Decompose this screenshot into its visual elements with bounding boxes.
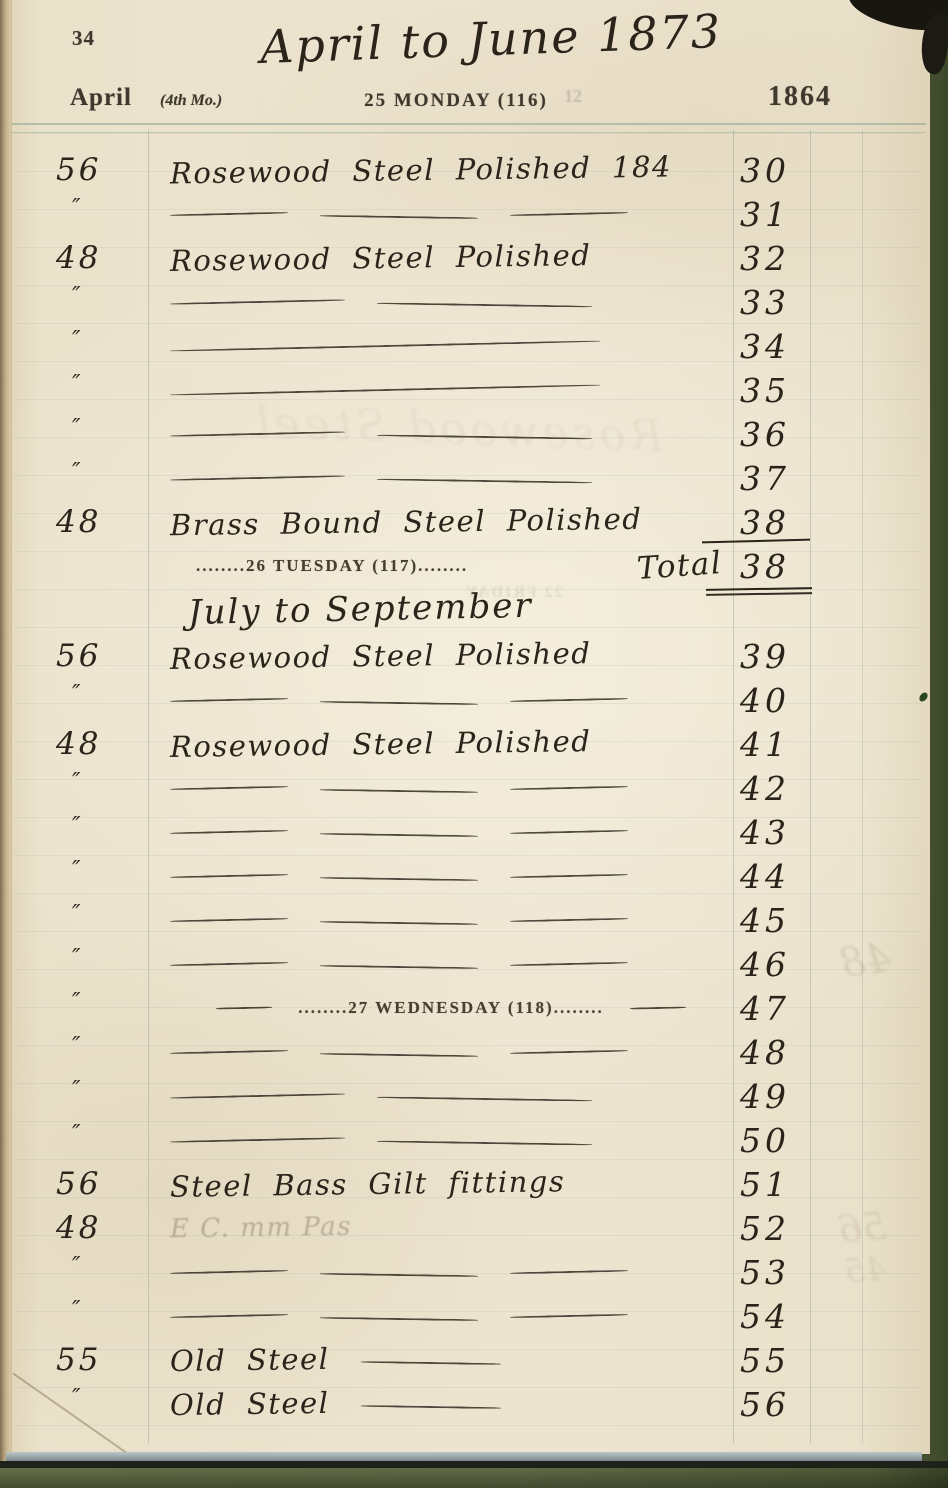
dash-line xyxy=(510,962,628,967)
quantity-cell: ″ xyxy=(30,459,148,485)
item-number-cell: 37 xyxy=(732,459,810,498)
diary-page-scan: 34 April to June 1873 April (4th Mo.) 25… xyxy=(0,0,948,1488)
quantity-cell: ″ xyxy=(30,327,148,353)
dash-line xyxy=(170,1093,345,1099)
item-number-cell: 49 xyxy=(732,1077,810,1116)
dash-line xyxy=(510,830,628,835)
dash-line xyxy=(170,431,345,437)
dash-line xyxy=(170,384,600,396)
description-cell: ........27 WEDNESDAY (118)........ xyxy=(148,998,732,1018)
dash-line xyxy=(510,1050,628,1055)
entry-description: Old Steel xyxy=(170,1386,330,1422)
dash-line xyxy=(170,299,345,305)
dash-line xyxy=(361,1361,501,1365)
quantity-cell: ″ xyxy=(30,1253,148,1279)
entry-description: Rosewood Steel Polished 184 xyxy=(170,149,672,190)
description-cell xyxy=(148,1139,732,1141)
quantity-cell: 56 xyxy=(30,1166,148,1202)
entry-description: Rosewood Steel Polished xyxy=(170,724,592,764)
quantity-cell: ″ xyxy=(30,1121,148,1147)
dash-line xyxy=(170,1137,345,1143)
dash-line xyxy=(510,1270,628,1275)
item-number-cell: 39 xyxy=(732,637,810,676)
ledger-row: ″43 xyxy=(30,810,810,854)
dash-line xyxy=(170,475,345,481)
description-cell: Steel Bass Gilt fittings xyxy=(148,1167,732,1201)
quantity-cell: 48 xyxy=(30,240,148,276)
ledger-row: ″44 xyxy=(30,854,810,898)
ledger-row: 55Old Steel55 xyxy=(30,1338,810,1382)
header-double-rule xyxy=(12,123,926,133)
description-cell: ........26 TUESDAY (117)........Total xyxy=(148,548,732,584)
item-number-cell: 54 xyxy=(732,1297,810,1336)
ledger-row: ″48 xyxy=(30,1030,810,1074)
description-cell: Rosewood Steel Polished xyxy=(148,727,732,761)
item-number-cell: 38 xyxy=(732,547,810,586)
item-number-cell: 47 xyxy=(732,989,810,1028)
ledger-row: ″40 xyxy=(30,678,810,722)
description-cell xyxy=(148,875,732,877)
description-cell: Rosewood Steel Polished xyxy=(148,639,732,673)
quantity-cell: ″ xyxy=(30,1033,148,1059)
quantity-cell: ″ xyxy=(30,945,148,971)
dash-line xyxy=(510,874,628,879)
quantity-cell: 48 xyxy=(30,726,148,762)
dash-line xyxy=(377,302,592,307)
description-cell xyxy=(148,699,732,701)
printed-year: 1864 xyxy=(768,81,832,113)
dash-line xyxy=(320,965,478,969)
dash-line xyxy=(510,212,628,217)
dash-line xyxy=(170,212,288,217)
ledger-rows: 56Rosewood Steel Polished 18430″3148Rose… xyxy=(30,148,810,1426)
item-number-cell: 38 xyxy=(732,503,810,542)
description-cell: Rosewood Steel Polished xyxy=(148,241,732,275)
dash-line xyxy=(320,833,478,837)
entry-description: Brass Bound Steel Polished xyxy=(170,502,643,543)
item-number-cell: 30 xyxy=(732,151,810,190)
item-number-cell: 32 xyxy=(732,239,810,278)
description-cell xyxy=(148,433,732,435)
item-number-cell: 44 xyxy=(732,857,810,896)
dash-line xyxy=(170,1270,288,1275)
description-cell: E C. mm Pas xyxy=(148,1213,732,1243)
item-number-cell: 53 xyxy=(732,1253,810,1292)
dash-line xyxy=(630,1006,686,1009)
number-column-rule-right xyxy=(810,130,811,1444)
item-number-cell: 48 xyxy=(732,1033,810,1072)
dash-line xyxy=(320,701,478,705)
item-number-cell: 34 xyxy=(732,327,810,366)
description-cell: Old Steel xyxy=(148,1387,732,1421)
quantity-cell: 48 xyxy=(30,1210,148,1246)
printed-day-heading: 25 MONDAY (116) xyxy=(12,90,900,112)
ledger-row: ″37 xyxy=(30,456,810,500)
description-cell xyxy=(148,787,732,789)
item-number-cell: 43 xyxy=(732,813,810,852)
dash-line xyxy=(510,786,628,791)
dash-line xyxy=(510,918,628,923)
ledger-row: ″53 xyxy=(30,1250,810,1294)
ledger-row: 48Brass Bound Steel Polished38 xyxy=(30,500,810,544)
entry-description: Steel Bass Gilt fittings xyxy=(170,1164,566,1204)
description-cell xyxy=(148,963,732,965)
dash-line xyxy=(170,830,288,835)
ledger-row: July to September xyxy=(30,588,810,634)
ledger-row: ″46 xyxy=(30,942,810,986)
item-number-cell: 50 xyxy=(732,1121,810,1160)
item-number-cell: 51 xyxy=(732,1165,810,1204)
ledger-row: ″........27 WEDNESDAY (118)........47 xyxy=(30,986,810,1030)
entry-description: Rosewood Steel Polished xyxy=(170,238,592,278)
page-bottom-shadow xyxy=(6,1452,922,1461)
dash-line xyxy=(170,340,600,352)
item-number-cell: 55 xyxy=(732,1341,810,1380)
quantity-cell: ″ xyxy=(30,989,148,1015)
dash-line xyxy=(377,1096,592,1101)
ledger-row: ″34 xyxy=(30,324,810,368)
dash-line xyxy=(170,1050,288,1055)
handwritten-title: April to June 1873 xyxy=(259,4,723,74)
description-cell: Brass Bound Steel Polished xyxy=(148,505,732,539)
dash-line xyxy=(320,877,478,881)
description-cell xyxy=(148,1271,732,1273)
ledger-row: ″31 xyxy=(30,192,810,236)
item-number-cell: 36 xyxy=(732,415,810,454)
ledger-page: 34 April to June 1873 April (4th Mo.) 25… xyxy=(12,0,930,1454)
item-number-cell: 41 xyxy=(732,725,810,764)
ledger-row: ″36 xyxy=(30,412,810,456)
description-cell xyxy=(148,1051,732,1053)
section-heading: July to September xyxy=(30,586,533,637)
ledger-row: 56Rosewood Steel Polished 18430 xyxy=(30,148,810,192)
ledger-row: ″33 xyxy=(30,280,810,324)
dash-line xyxy=(377,434,592,439)
ledger-row: 56Rosewood Steel Polished39 xyxy=(30,634,810,678)
description-cell xyxy=(148,389,732,391)
quantity-cell: ″ xyxy=(30,769,148,795)
quantity-cell: ″ xyxy=(30,857,148,883)
item-number-cell: 33 xyxy=(732,283,810,322)
ledger-row: ″49 xyxy=(30,1074,810,1118)
quantity-cell: 56 xyxy=(30,638,148,674)
description-cell xyxy=(148,1315,732,1317)
quantity-cell: ″ xyxy=(30,195,148,221)
margin-column-rule xyxy=(862,130,863,1444)
item-number-cell: 42 xyxy=(732,769,810,808)
item-number-cell: 56 xyxy=(732,1385,810,1424)
description-cell xyxy=(148,213,732,215)
quantity-cell: ″ xyxy=(30,681,148,707)
quantity-cell: ″ xyxy=(30,283,148,309)
dash-line xyxy=(320,789,478,793)
ledger-row: 48Rosewood Steel Polished41 xyxy=(30,722,810,766)
quantity-cell: ″ xyxy=(30,415,148,441)
total-label: Total xyxy=(636,545,724,587)
dash-line xyxy=(320,215,478,219)
entry-description: Old Steel xyxy=(170,1342,330,1378)
dash-line xyxy=(377,1140,592,1145)
dash-line xyxy=(170,962,288,967)
ledger-row: ″Old Steel56 xyxy=(30,1382,810,1426)
ledger-row: 48E C. mm Pas52 xyxy=(30,1206,810,1250)
description-cell: Rosewood Steel Polished 184 xyxy=(148,153,732,187)
description-cell xyxy=(148,1095,732,1097)
dash-line xyxy=(170,874,288,879)
dash-line xyxy=(320,1317,478,1321)
ledger-row: ″42 xyxy=(30,766,810,810)
description-cell xyxy=(148,345,732,347)
item-number-cell: 35 xyxy=(732,371,810,410)
description-cell xyxy=(148,301,732,303)
dash-line xyxy=(377,478,592,483)
quantity-cell: ″ xyxy=(30,1297,148,1323)
ledger-row: ″54 xyxy=(30,1294,810,1338)
dash-line xyxy=(170,1314,288,1319)
dash-line xyxy=(320,1053,478,1057)
printed-day-header: ........26 TUESDAY (117)........ xyxy=(196,556,468,576)
item-number-cell: 46 xyxy=(732,945,810,984)
quantity-cell: ″ xyxy=(30,901,148,927)
item-number-cell: 40 xyxy=(732,681,810,720)
dash-line xyxy=(216,1006,272,1009)
description-cell xyxy=(148,477,732,479)
description-cell xyxy=(148,919,732,921)
quantity-cell: ″ xyxy=(30,1077,148,1103)
printed-page-number: 34 xyxy=(72,26,95,51)
item-number-cell: 45 xyxy=(732,901,810,940)
ledger-row: ″45 xyxy=(30,898,810,942)
quantity-cell: ″ xyxy=(30,813,148,839)
ledger-row: ″35 xyxy=(30,368,810,412)
item-number-cell: 52 xyxy=(732,1209,810,1248)
dash-line xyxy=(320,921,478,925)
entry-description: Rosewood Steel Polished xyxy=(170,636,592,676)
dash-line xyxy=(510,1314,628,1319)
ledger-row: ........26 TUESDAY (117)........Total38 xyxy=(30,544,810,588)
ledger-row: 56Steel Bass Gilt fittings51 xyxy=(30,1162,810,1206)
printed-day-header: ........27 WEDNESDAY (118)........ xyxy=(298,998,603,1018)
quantity-cell: ″ xyxy=(30,371,148,397)
quantity-cell: 56 xyxy=(30,152,148,188)
description-cell xyxy=(148,831,732,833)
item-number-cell: 31 xyxy=(732,195,810,234)
entry-description: E C. mm Pas xyxy=(170,1212,352,1245)
quantity-cell: 48 xyxy=(30,504,148,540)
dash-line xyxy=(170,786,288,791)
dash-line xyxy=(170,918,288,923)
dash-line xyxy=(361,1405,501,1409)
dash-line xyxy=(510,698,628,703)
dash-line xyxy=(170,698,288,703)
ledger-row: 48Rosewood Steel Polished32 xyxy=(30,236,810,280)
book-bottom-edge xyxy=(0,1461,948,1468)
description-cell: Old Steel xyxy=(148,1343,732,1377)
dash-line xyxy=(320,1273,478,1277)
quantity-cell: 55 xyxy=(30,1342,148,1378)
ledger-row: ″50 xyxy=(30,1118,810,1162)
